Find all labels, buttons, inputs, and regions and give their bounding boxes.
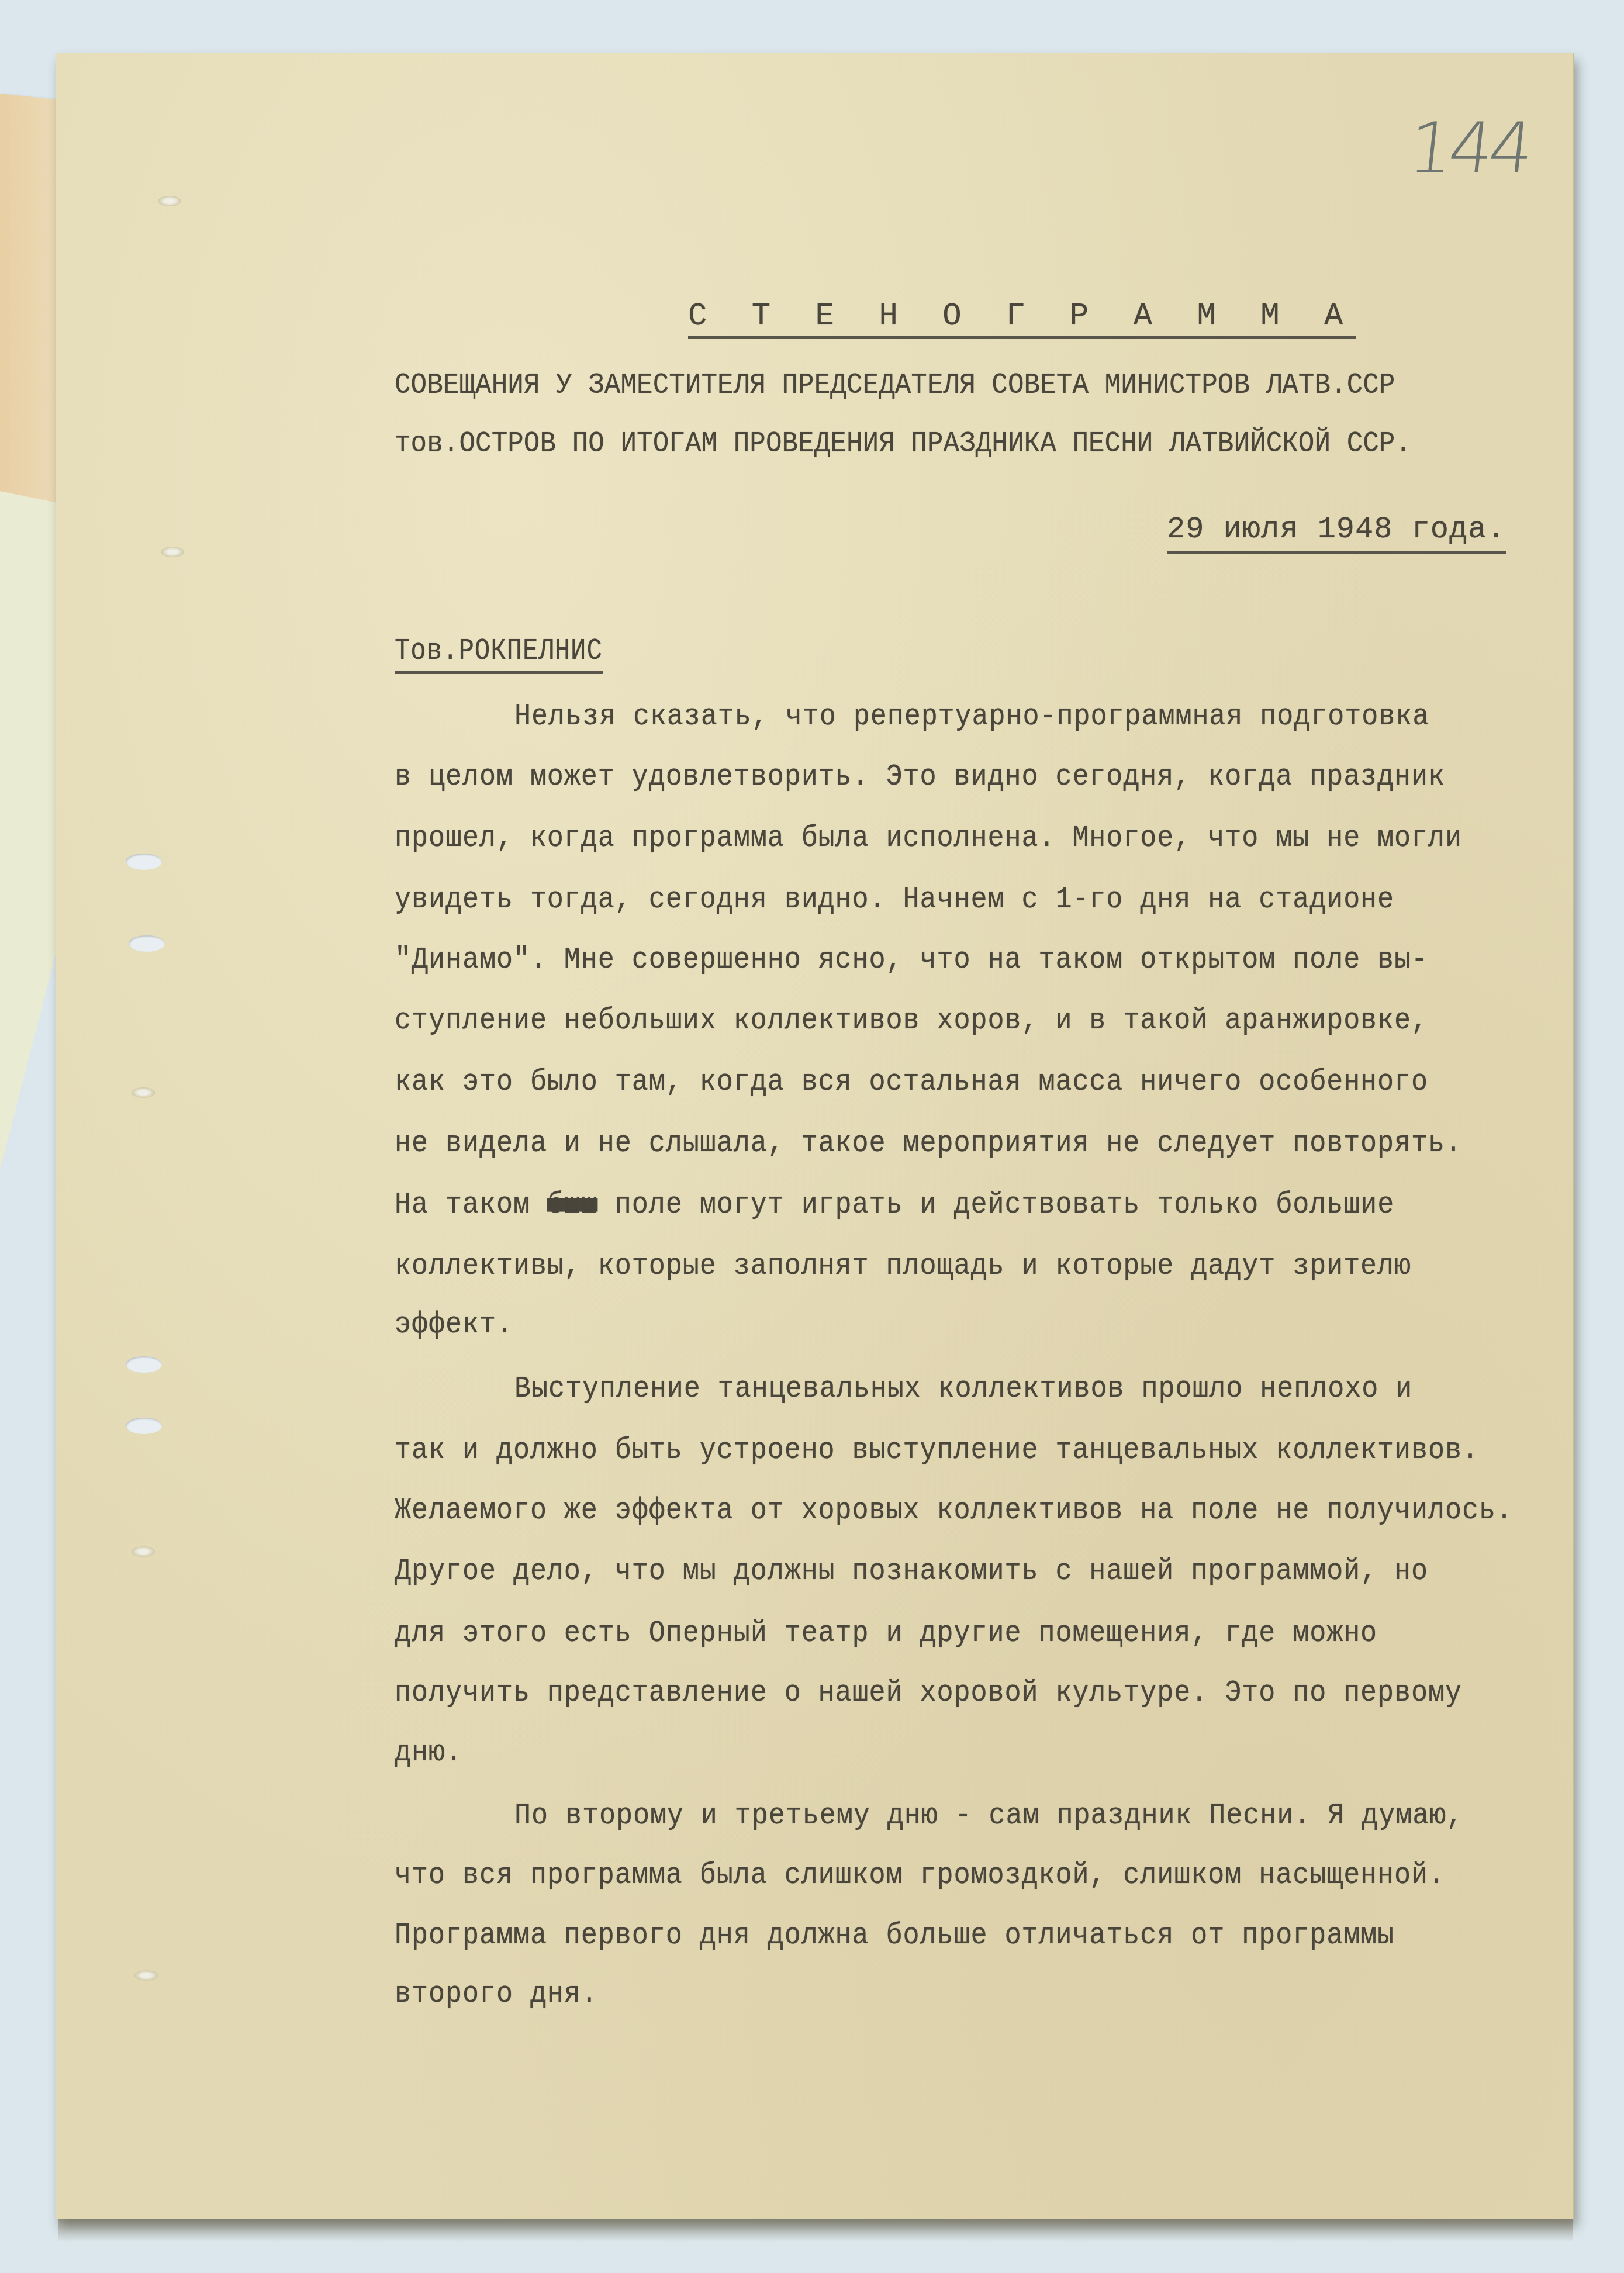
tack-hole: [132, 1087, 155, 1098]
body-line: как это было там, когда вся остальная ма…: [395, 1067, 1428, 1097]
body-line: На таком бшш поле могут играть и действо…: [395, 1190, 1394, 1220]
tack-hole: [158, 196, 181, 206]
page-shadow: [58, 2219, 1573, 2242]
body-line: для этого есть Оперный театр и другие по…: [395, 1618, 1377, 1649]
tack-hole: [161, 547, 184, 557]
body-line: эффект.: [395, 1310, 513, 1340]
body-line: что вся программа была слишком громоздко…: [395, 1860, 1445, 1891]
speaker-heading: Тов.РОКПЕЛНИС: [395, 636, 603, 674]
body-line: По второму и третьему дню - сам праздник…: [514, 1801, 1463, 1831]
body-line: прошел, когда программа была исполнена. …: [395, 823, 1462, 854]
subtitle-line-1: СОВЕЩАНИЯ У ЗАМЕСТИТЕЛЯ ПРЕДСЕДАТЕЛЯ СОВ…: [395, 371, 1395, 400]
punch-hole: [126, 1418, 162, 1434]
body-line: коллективы, которые заполнят площадь и к…: [395, 1251, 1411, 1281]
body-line: так и должно быть устроено выступление т…: [395, 1435, 1479, 1466]
body-line: ступление небольших коллективов хоров, и…: [395, 1006, 1428, 1036]
body-line: Другое дело, что мы должны познакомить с…: [395, 1556, 1428, 1587]
body-line: в целом может удовлетворить. Это видно с…: [395, 762, 1445, 792]
subtitle-line-2: тов.ОСТРОВ ПО ИТОГАМ ПРОВЕДЕНИЯ ПРАЗДНИК…: [395, 430, 1411, 459]
document-date: 29 июля 1948 года.: [1167, 514, 1506, 554]
body-line: второго дня.: [395, 1979, 598, 2009]
document-title: С Т Е Н О Г Р А М М А: [688, 301, 1356, 339]
body-line: Программа первого дня должна больше отли…: [395, 1920, 1394, 1951]
body-line: "Динамо". Мне совершенно ясно, что на та…: [395, 945, 1428, 975]
body-line: Желаемого же эффекта от хоровых коллекти…: [395, 1495, 1513, 1526]
body-line: дню.: [395, 1737, 462, 1768]
punch-hole: [126, 1356, 162, 1373]
punch-hole: [129, 935, 165, 952]
body-line: Нельзя сказать, что репертуарно-программ…: [514, 702, 1429, 732]
body-line: увидеть тогда, сегодня видно. Начнем с 1…: [395, 885, 1394, 915]
tack-hole: [134, 1970, 158, 1981]
body-line: не видела и не слышала, такое мероприяти…: [395, 1128, 1462, 1159]
body-line: Выступление танцевальных коллективов про…: [514, 1374, 1412, 1404]
struck-word: бшш: [547, 1187, 598, 1222]
page-number: 144: [1405, 108, 1533, 189]
punch-hole: [126, 854, 162, 870]
tack-hole: [132, 1546, 155, 1557]
body-line: получить представление о нашей хоровой к…: [395, 1678, 1462, 1708]
